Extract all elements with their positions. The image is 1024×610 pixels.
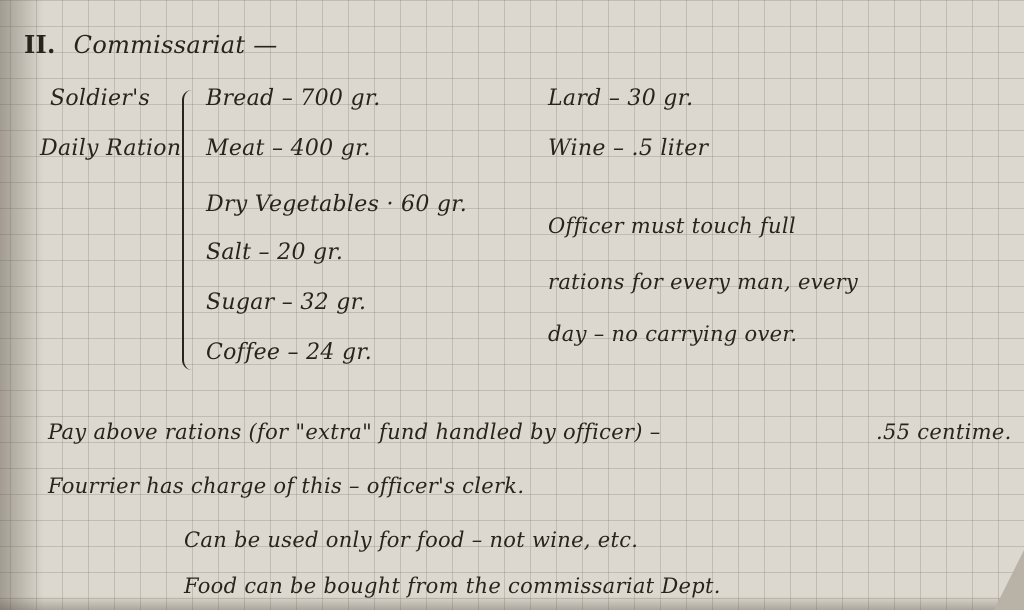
ration-item-bread: Bread – 700 gr. [206, 86, 381, 111]
ration-label-line1: Soldier's [50, 86, 150, 111]
section-title: Commissariat — [74, 31, 278, 59]
usage-note-line1: Can be used only for food – not wine, et… [184, 528, 638, 552]
ration-label-line2: Daily Ration [40, 136, 181, 161]
officer-note-line: day – no carrying over. [548, 322, 797, 346]
ration-item-sugar: Sugar – 32 gr. [206, 290, 366, 315]
ration-item-lard: Lard – 30 gr. [548, 86, 693, 111]
officer-note-line: Officer must touch full [548, 214, 796, 238]
page-edge-shadow [0, 0, 44, 610]
page-bottom-shadow [0, 596, 1024, 610]
usage-note-line2: Food can be bought from the commissariat… [184, 574, 721, 598]
fourrier-note: Fourrier has charge of this – officer's … [48, 474, 524, 498]
curly-brace [182, 90, 198, 370]
ration-item-wine: Wine – .5 liter [548, 136, 708, 161]
pay-note: Pay above rations (for "extra" fund hand… [48, 420, 661, 444]
ration-item-salt: Salt – 20 gr. [206, 240, 343, 265]
ration-item-meat: Meat – 400 gr. [206, 136, 371, 161]
ration-item-coffee: Coffee – 24 gr. [206, 340, 372, 365]
officer-note-line: rations for every man, every [548, 270, 858, 294]
grid-paper-page [0, 0, 1024, 610]
pay-amount: .55 centime. [876, 420, 1012, 444]
ration-item-dry-vegetables: Dry Vegetables · 60 gr. [206, 192, 467, 217]
section-heading: II. Commissariat — [24, 30, 278, 59]
section-numeral: II. [24, 30, 56, 59]
page-corner-curl [994, 550, 1024, 610]
